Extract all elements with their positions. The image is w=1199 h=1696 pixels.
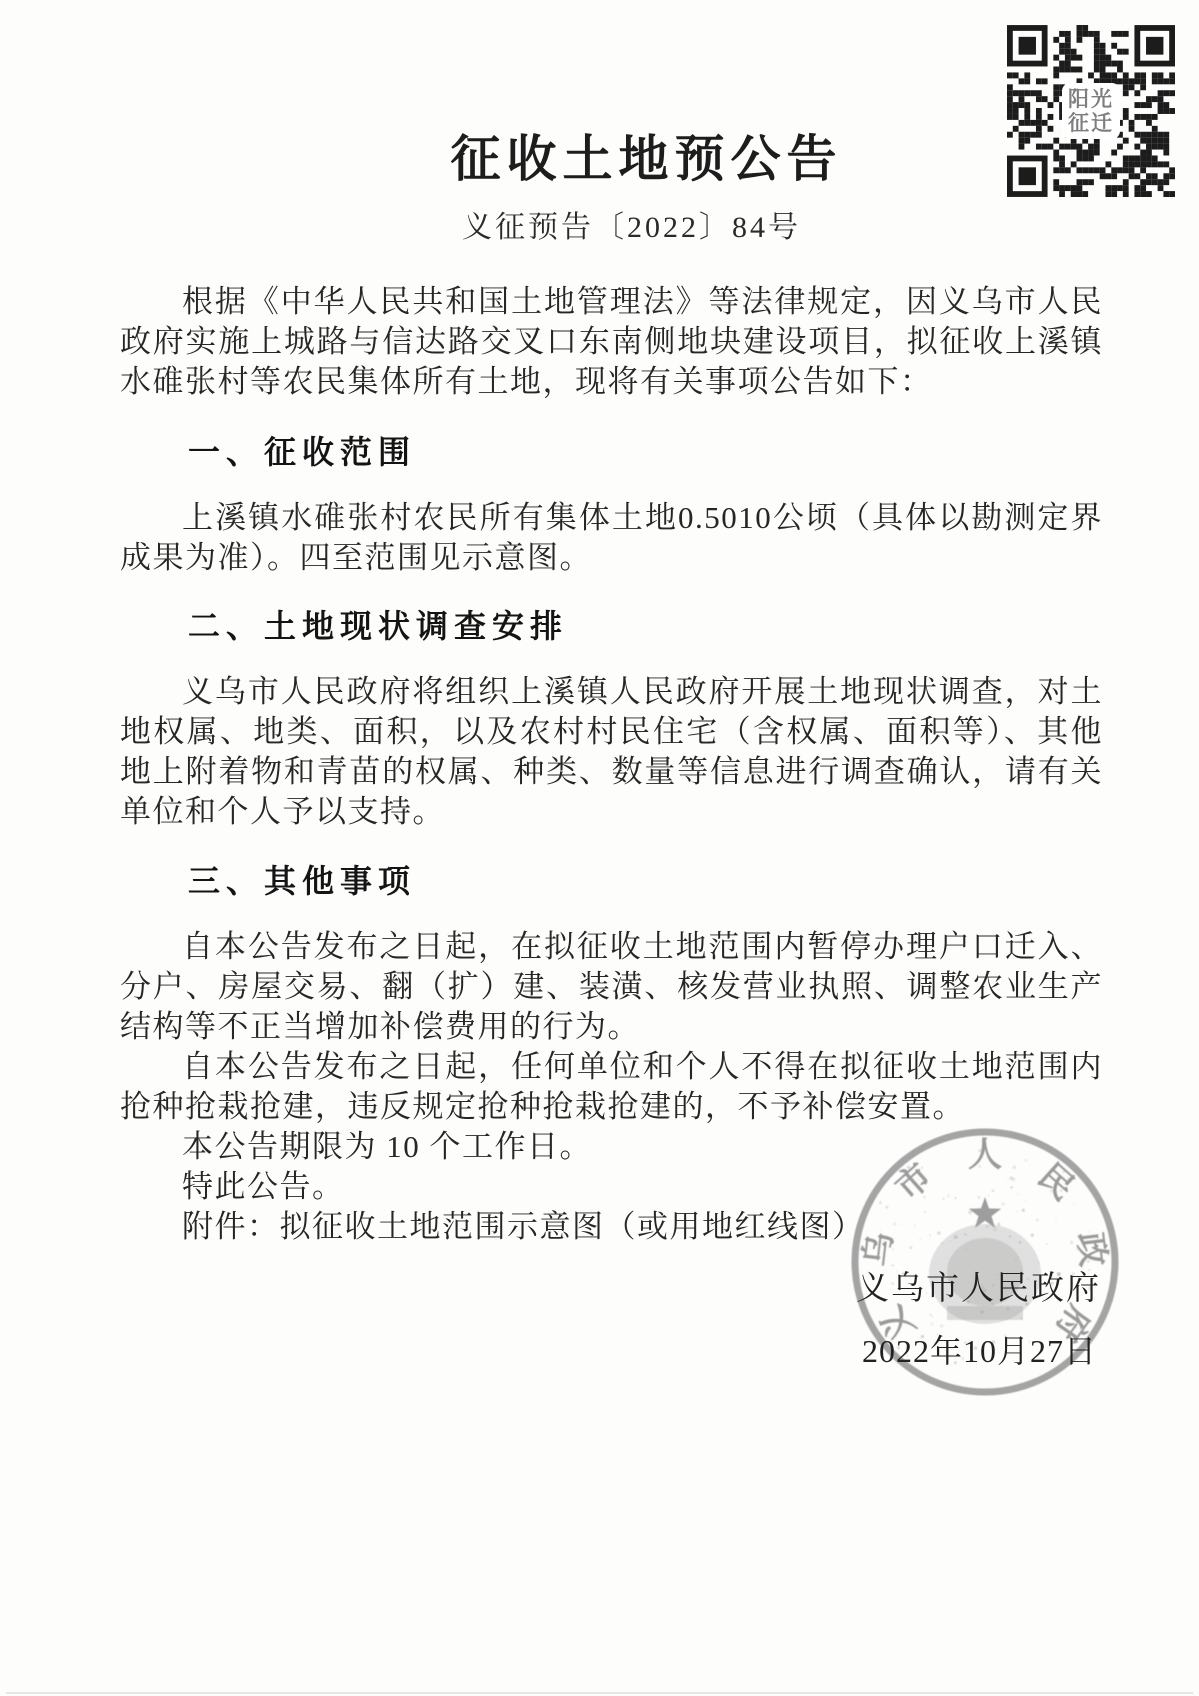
notice-period-line: 本公告期限为 10 个工作日。: [120, 1127, 1103, 1167]
section-heading-1: 一、征收范围: [120, 432, 1103, 472]
intro-paragraph: 根据《中华人民共和国土地管理法》等法律规定，因义乌市人民政府实施上城路与信达路交…: [120, 282, 1103, 402]
qr-label-line1: 阳光: [1068, 87, 1114, 111]
document-number: 义征预告〔2022〕84号: [160, 209, 1103, 247]
scan-edge: [6, 1692, 1193, 1694]
section-heading-2: 二、土地现状调查安排: [120, 606, 1103, 646]
section-1-paragraph: 上溪镇水碓张村农民所有集体土地0.5010公顷（具体以勘测定界成果为准）。四至范…: [120, 498, 1103, 578]
section-3-paragraph-2: 自本公告发布之日起，任何单位和个人不得在拟征收土地范围内抢种抢栽抢建，违反规定抢…: [120, 1047, 1103, 1127]
scanned-document-page: 阳光 征迁 义乌市人民政府 征收土地预公告 义征预告〔2022〕84号 根据《中…: [0, 0, 1199, 1696]
document-title: 征收土地预公告: [190, 130, 1103, 188]
issue-date: 2022年10月27日: [120, 1332, 1097, 1370]
attachment-line: 附件：拟征收土地范围示意图（或用地红线图）: [120, 1207, 1103, 1247]
announcement-body: 征收土地预公告 义征预告〔2022〕84号 根据《中华人民共和国土地管理法》等法…: [120, 130, 1103, 1370]
section-2-paragraph: 义乌市人民政府将组织上溪镇人民政府开展土地现状调查，对土地权属、地类、面积，以及…: [120, 672, 1103, 832]
issuer-signature: 义乌市人民政府: [120, 1269, 1101, 1309]
section-heading-3: 三、其他事项: [120, 861, 1103, 901]
hereby-announced-line: 特此公告。: [120, 1167, 1103, 1207]
section-3-paragraph-1: 自本公告发布之日起，在拟征收土地范围内暂停办理户口迁入、分户、房屋交易、翻（扩）…: [120, 927, 1103, 1047]
